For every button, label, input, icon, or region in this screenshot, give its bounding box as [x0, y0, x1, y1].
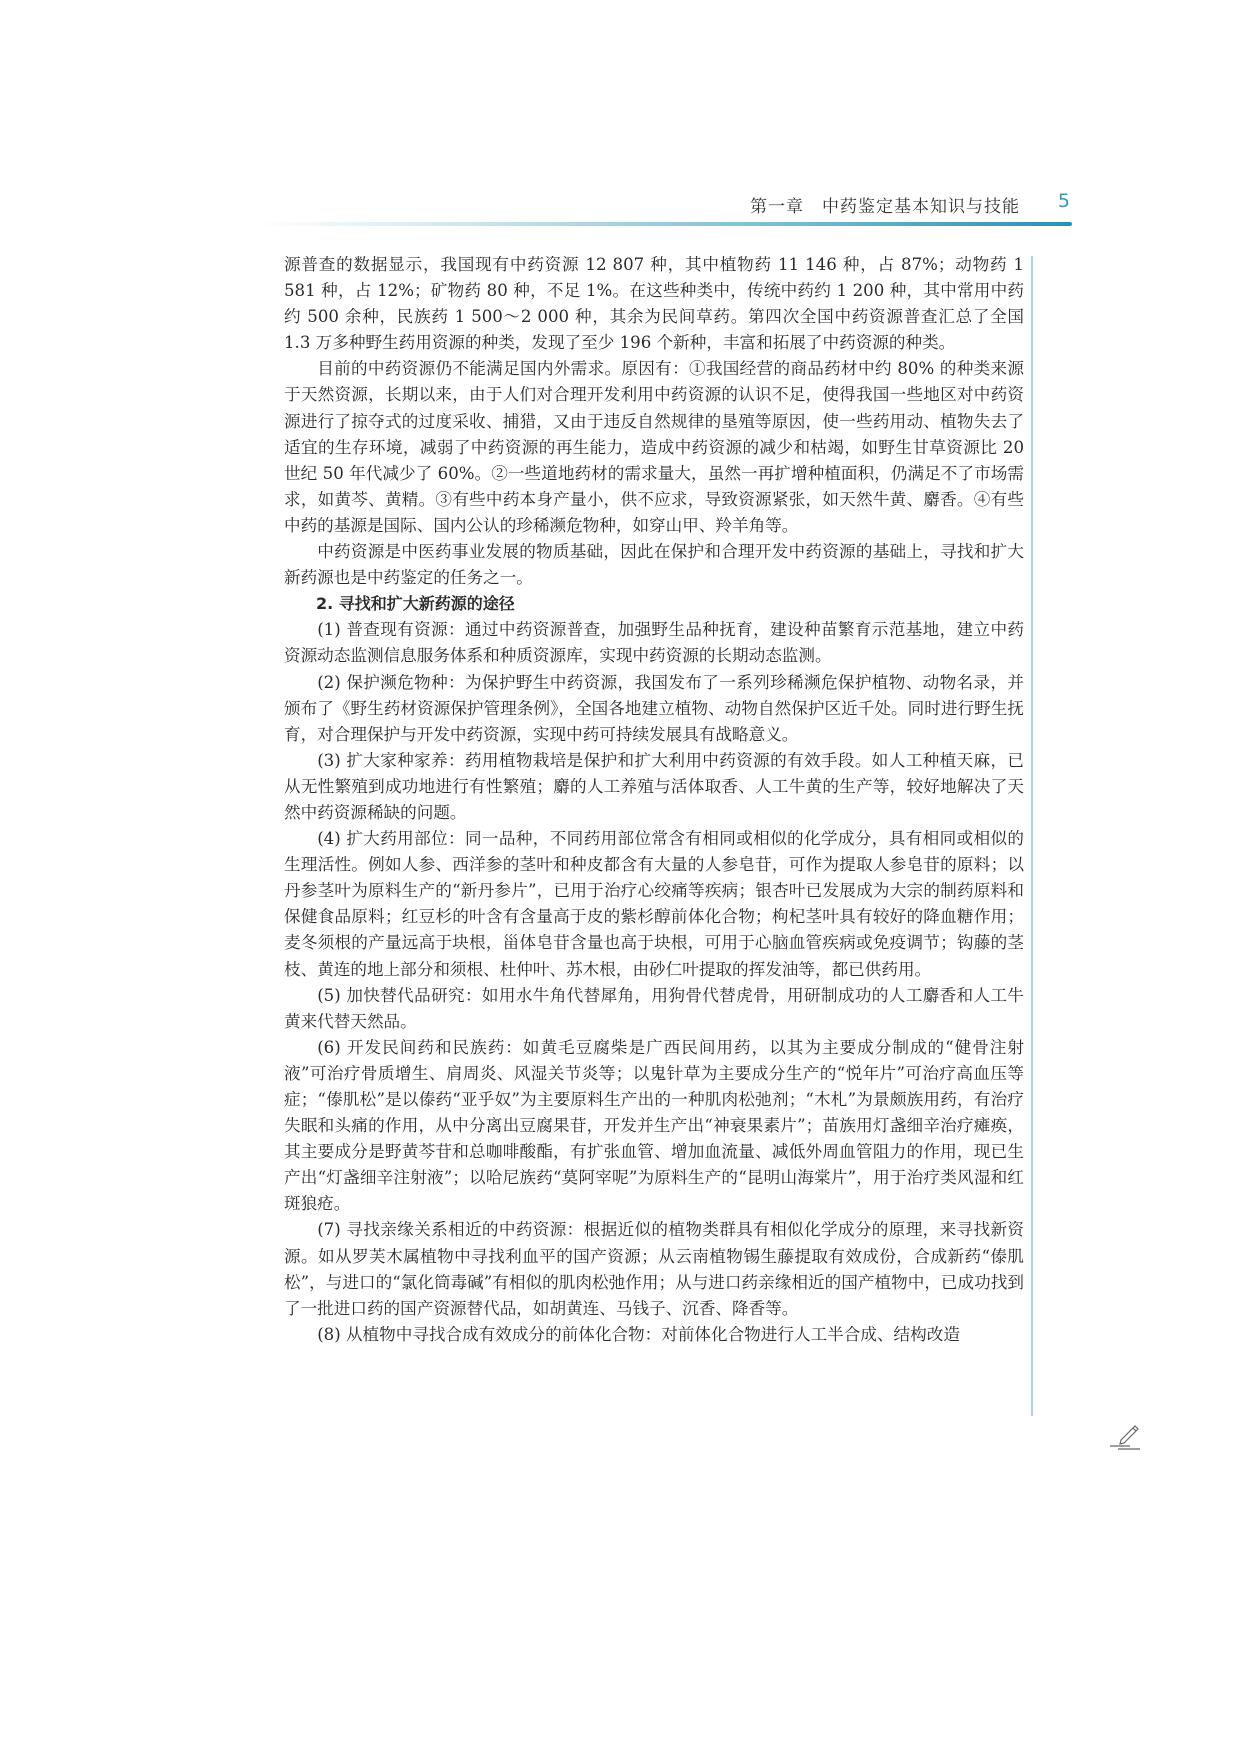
- paragraph: 源普查的数据显示，我国现有中药资源 12 807 种，其中植物药 11 146 …: [284, 252, 1024, 356]
- paragraph: (7) 寻找亲缘关系相近的中药资源：根据近似的植物类群具有相似化学成分的原理，来…: [284, 1217, 1024, 1321]
- paragraph: 目前的中药资源仍不能满足国内外需求。原因有：①我国经营的商品药材中约 80% 的…: [284, 356, 1024, 539]
- running-head: 第一章 中药鉴定基本知识与技能 5: [700, 192, 1072, 222]
- paragraph: (3) 扩大家种家养：药用植物栽培是保护和扩大利用中药资源的有效手段。如人工种植…: [284, 748, 1024, 826]
- paragraph: (2) 保护濒危物种：为保护野生中药资源，我国发布了一系列珍稀濒危保护植物、动物…: [284, 670, 1024, 748]
- body-text: 源普查的数据显示，我国现有中药资源 12 807 种，其中植物药 11 146 …: [284, 252, 1024, 1348]
- paragraph: (5) 加快替代品研究：如用水牛角代替犀角，用狗骨代替虎骨，用研制成功的人工麝香…: [284, 983, 1024, 1035]
- section-heading: 2. 寻找和扩大新药源的途径: [284, 591, 1024, 617]
- paragraph: (4) 扩大药用部位：同一品种，不同药用部位常含有相同或相似的化学成分，具有相同…: [284, 826, 1024, 983]
- paragraph: 中药资源是中医药事业发展的物质基础，因此在保护和合理开发中药资源的基础上，寻找和…: [284, 539, 1024, 591]
- margin-rule: [1031, 256, 1033, 1416]
- paragraph: (6) 开发民间药和民族药：如黄毛豆腐柴是广西民间用药，以其为主要成分制成的“健…: [284, 1035, 1024, 1218]
- chapter-title: 第一章 中药鉴定基本知识与技能: [750, 192, 1020, 217]
- pen-writing-icon: [1108, 1422, 1142, 1452]
- paragraph: (1) 普查现有资源：通过中药资源普查，加强野生品种抚育，建设种苗繁育示范基地，…: [284, 617, 1024, 669]
- page-number: 5: [1058, 190, 1070, 212]
- paragraph: (8) 从植物中寻找合成有效成分的前体化合物：对前体化合物进行人工半合成、结构改…: [284, 1322, 1024, 1348]
- header-rule: [260, 222, 1072, 226]
